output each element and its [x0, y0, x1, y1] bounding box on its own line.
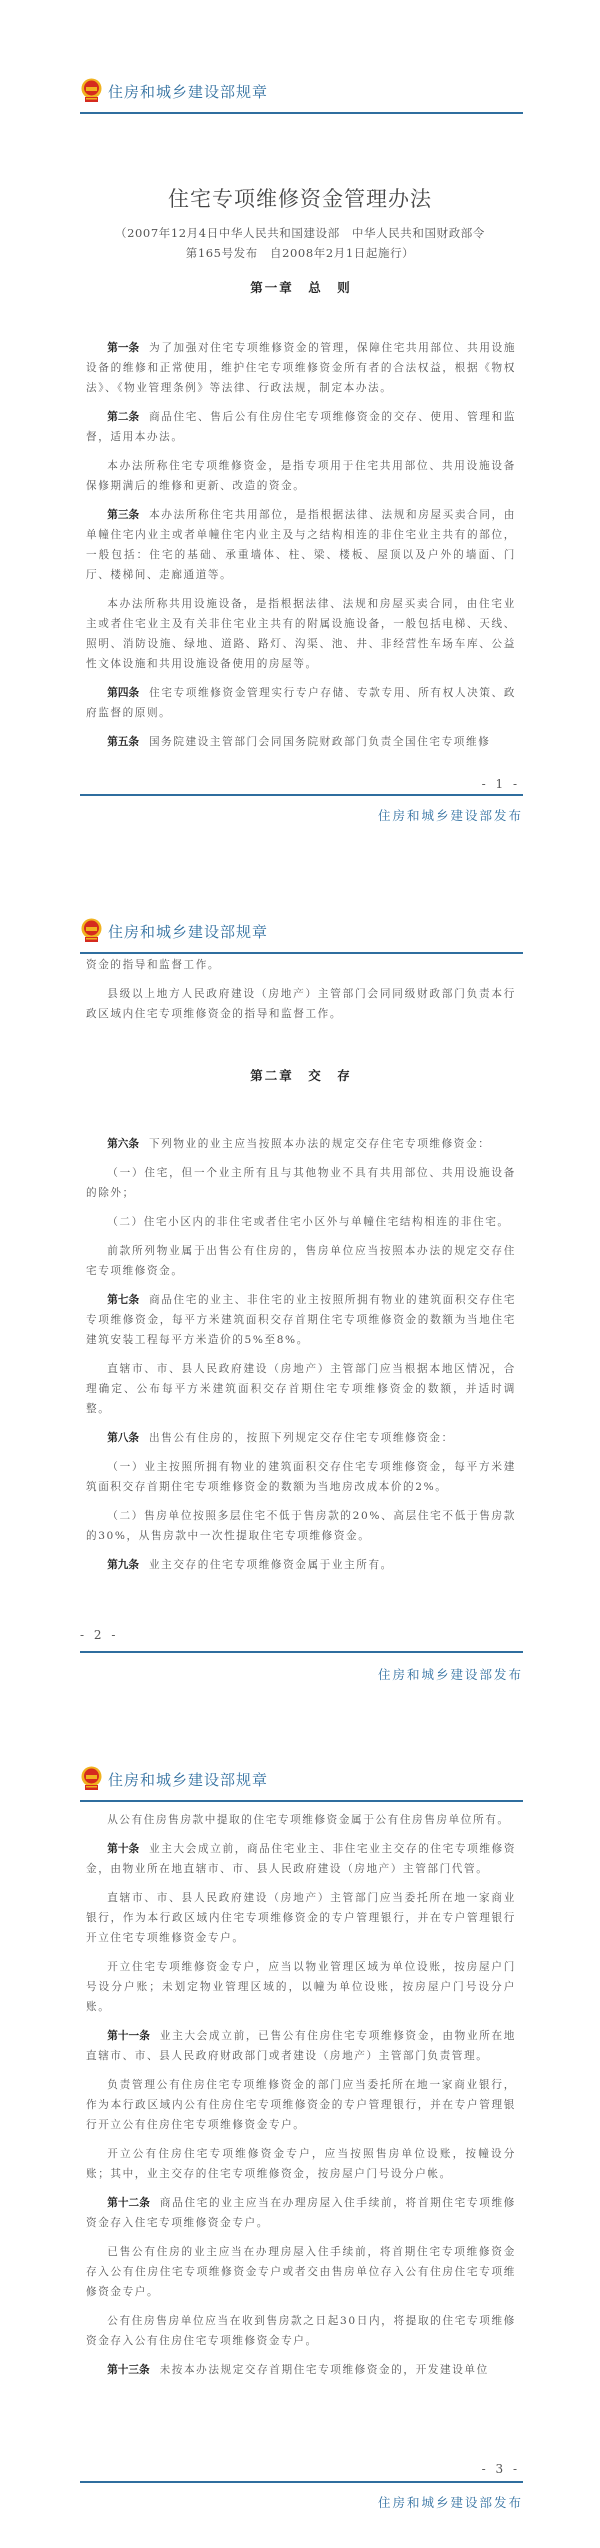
article-paragraph: 第十一条业主大会成立前，已售公有住房住宅专项维修资金，由物业所在地直辖市、市、县…: [86, 2026, 516, 2066]
paragraph: 已售公有住房的业主应当在办理房屋入住手续前，将首期住宅专项维修资金存入公有住房住…: [86, 2242, 516, 2302]
page-3-body: 从公有住房售房款中提取的住宅专项维修资金属于公有住房售房单位所有。第十条业主大会…: [86, 1810, 516, 2389]
paragraph: 开立公有住房住宅专项维修资金专户，应当按照售房单位设账，按幢设分账；其中，业主交…: [86, 2144, 516, 2184]
national-emblem-icon: [81, 1766, 102, 1791]
paragraph-list: 从公有住房售房款中提取的住宅专项维修资金属于公有住房售房单位所有。第十条业主大会…: [86, 1810, 516, 2380]
footer-divider: [80, 2481, 523, 2483]
article-number: 第十条: [107, 1843, 139, 1855]
paragraph-text: 负责管理公有住房住宅专项维修资金的部门应当委托所在地一家商业银行，作为本行政区域…: [86, 2079, 516, 2131]
paragraph-text: 直辖市、市、县人民政府建设（房地产）主管部门应当委托所在地一家商业银行，作为本行…: [86, 1892, 516, 1944]
page-header: 住房和城乡建设部规章: [80, 1766, 523, 1806]
page-number: - 3 -: [482, 2462, 520, 2476]
paragraph-text: 已售公有住房的业主应当在办理房屋入住手续前，将首期住宅专项维修资金存入公有住房住…: [86, 2246, 516, 2298]
header-divider: [80, 1800, 523, 1802]
article-number: 第十一条: [107, 2030, 150, 2042]
paragraph-text: 业主大会成立前，商品住宅业主、非住宅业主交存的住宅专项维修资金，由物业所在地直辖…: [86, 1843, 516, 1875]
paragraph-text: 从公有住房售房款中提取的住宅专项维修资金属于公有住房售房单位所有。: [107, 1814, 509, 1826]
paragraph: 从公有住房售房款中提取的住宅专项维修资金属于公有住房售房单位所有。: [86, 1810, 516, 1830]
paragraph-text: 未按本办法规定交存首期住宅专项维修资金的，开发建设单位: [160, 2364, 489, 2376]
paragraph-text: 公有住房售房单位应当在收到售房款之日起30日内，将提取的住宅专项维修资金存入公有…: [86, 2315, 516, 2347]
article-number: 第十二条: [107, 2197, 150, 2209]
paragraph: 公有住房售房单位应当在收到售房款之日起30日内，将提取的住宅专项维修资金存入公有…: [86, 2311, 516, 2351]
paragraph: 负责管理公有住房住宅专项维修资金的部门应当委托所在地一家商业银行，作为本行政区域…: [86, 2075, 516, 2135]
paragraph-text: 开立公有住房住宅专项维修资金专户，应当按照售房单位设账，按幢设分账；其中，业主交…: [86, 2148, 516, 2180]
paragraph-text: 业主大会成立前，已售公有住房住宅专项维修资金，由物业所在地直辖市、市、县人民政府…: [86, 2030, 516, 2062]
header-title: 住房和城乡建设部规章: [108, 1769, 268, 1790]
paragraph: 开立住宅专项维修资金专户，应当以物业管理区域为单位设账，按房屋户门号设分户账；未…: [86, 1957, 516, 2017]
article-paragraph: 第十条业主大会成立前，商品住宅业主、非住宅业主交存的住宅专项维修资金，由物业所在…: [86, 1839, 516, 1879]
footer-publisher: 住房和城乡建设部发布: [378, 2493, 523, 2511]
article-paragraph: 第十三条未按本办法规定交存首期住宅专项维修资金的，开发建设单位: [86, 2360, 516, 2380]
paragraph-text: 开立住宅专项维修资金专户，应当以物业管理区域为单位设账，按房屋户门号设分户账；未…: [86, 1961, 516, 2013]
page-3: 住房和城乡建设部规章 从公有住房售房款中提取的住宅专项维修资金属于公有住房售房单…: [0, 0, 600, 2548]
article-number: 第十三条: [107, 2364, 149, 2376]
paragraph: 直辖市、市、县人民政府建设（房地产）主管部门应当委托所在地一家商业银行，作为本行…: [86, 1888, 516, 1948]
paragraph-text: 商品住宅的业主应当在办理房屋入住手续前，将首期住宅专项维修资金存入住宅专项维修资…: [86, 2197, 516, 2229]
article-paragraph: 第十二条商品住宅的业主应当在办理房屋入住手续前，将首期住宅专项维修资金存入住宅专…: [86, 2193, 516, 2233]
